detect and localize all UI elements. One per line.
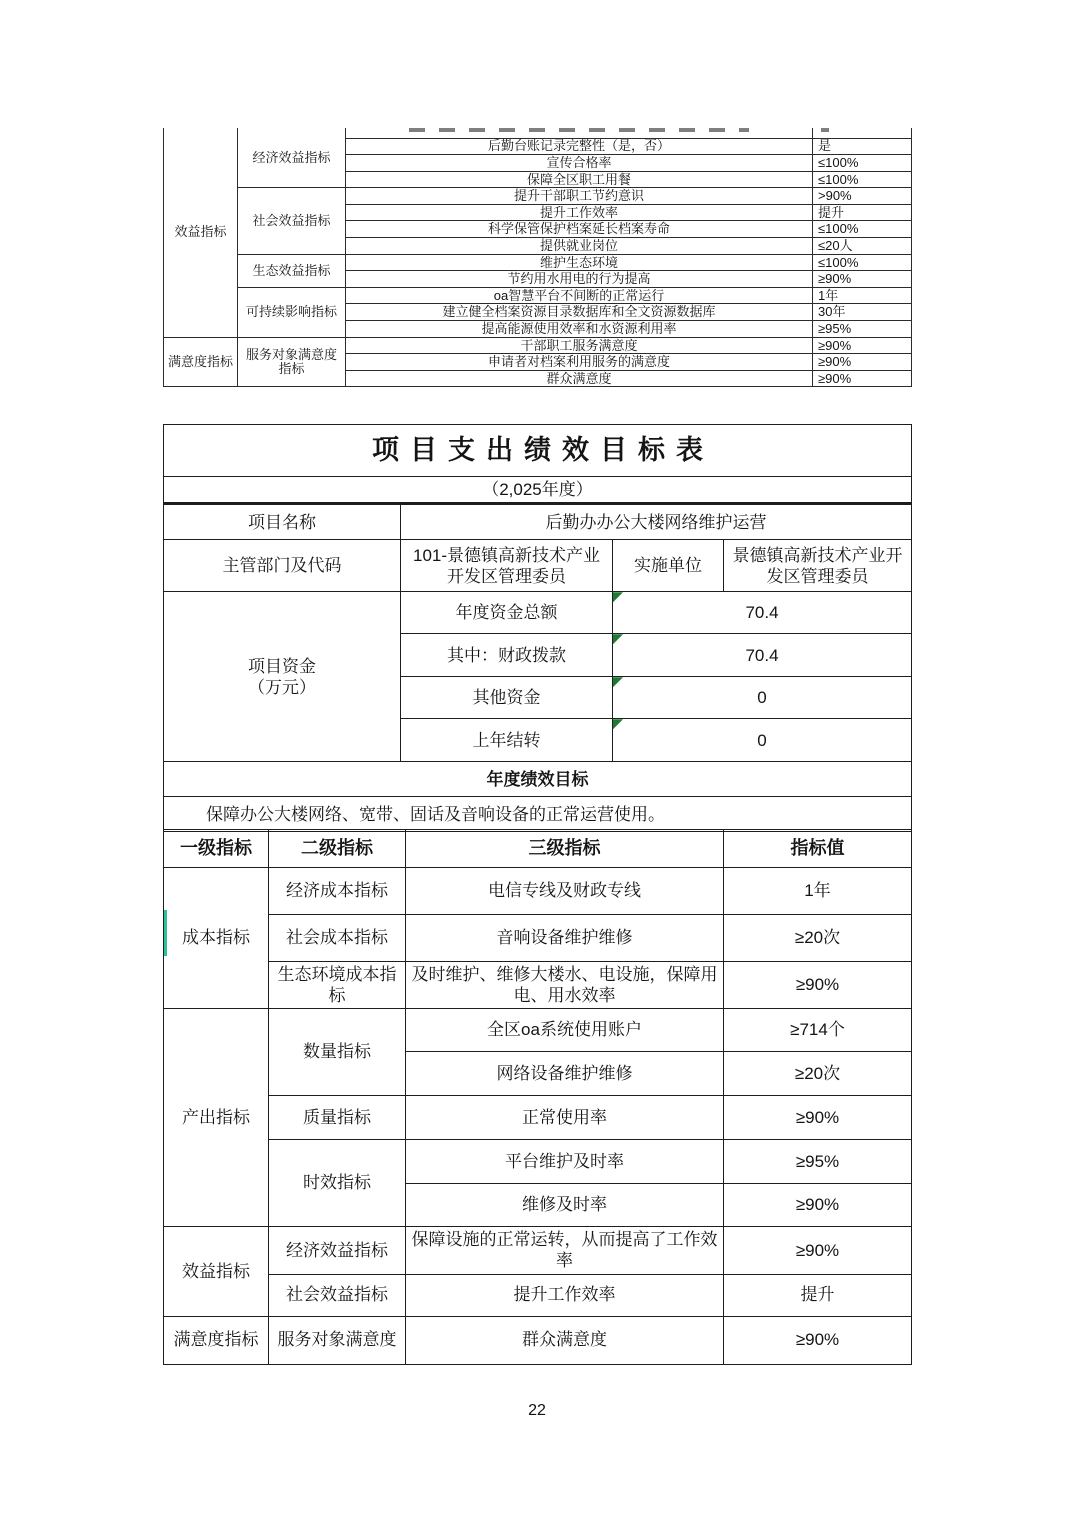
value-cell: ≥714个	[724, 1009, 912, 1052]
level3-cell: 正常使用率	[406, 1096, 724, 1140]
level3-cell: 维修及时率	[406, 1184, 724, 1227]
value-cell: ≥95%	[813, 321, 912, 338]
cell-flag-triangle-icon	[613, 719, 623, 729]
level2-cell: 经济成本指标	[269, 867, 406, 914]
impl-unit-value: 景德镇高新技术产业开发区管理委员	[724, 540, 912, 592]
level2-cell: 社会成本指标	[269, 914, 406, 961]
table-row: 项目支出绩效目标表	[164, 425, 912, 477]
cell-flag-triangle-icon	[613, 634, 623, 644]
project-name-value: 后勤办办公大楼网络维护运营	[401, 504, 912, 540]
indicator-cell: 节约用水用电的行为提高	[346, 271, 813, 288]
indicator-cell: 提供就业岗位	[346, 238, 813, 255]
table-row: 保障办公大楼网络、宽带、固话及音响设备的正常运营使用。	[164, 797, 912, 832]
level1-cell: 满意度指标	[164, 337, 238, 387]
table-row: 产出指标 数量指标 全区oa系统使用账户 ≥714个	[164, 1009, 912, 1052]
value-cell: ≤20人	[813, 238, 912, 255]
level2-cell: 经济效益指标	[238, 128, 346, 188]
fund-row-value: 0	[613, 719, 912, 762]
value-cell: ≥90%	[724, 1184, 912, 1227]
annual-goal-text: 保障办公大楼网络、宽带、固话及音响设备的正常运营使用。	[164, 797, 912, 832]
fund-row-value: 0	[613, 677, 912, 719]
table-row: 社会成本指标 音响设备维护维修 ≥20次	[164, 914, 912, 961]
value-cell: 1年	[813, 287, 912, 304]
fund-row-label: 年度资金总额	[401, 592, 613, 634]
fund-label-line1: 项目资金	[168, 656, 396, 677]
fund-amount: 0	[757, 688, 766, 707]
value-cell: ≤100%	[813, 155, 912, 172]
value-cell: ≥90%	[724, 1227, 912, 1275]
indicator-cell: 提升干部职工节约意识	[346, 188, 813, 205]
table-row: 质量指标 正常使用率 ≥90%	[164, 1096, 912, 1140]
table-row: （2,025年度）	[164, 477, 912, 504]
project-name-label: 项目名称	[164, 504, 401, 540]
level2-cell: 服务对象满意度指标	[238, 337, 346, 387]
value-cell: ≥20次	[724, 1052, 912, 1096]
header-value: 指标值	[724, 829, 912, 867]
level2-cell: 时效指标	[269, 1140, 406, 1227]
fund-row-label: 其中：财政拨款	[401, 634, 613, 677]
indicator-cell: 提高能源使用效率和水资源利用率	[346, 321, 813, 338]
indicator-cell: 干部职工服务满意度	[346, 337, 813, 354]
header-level2: 二级指标	[269, 829, 406, 867]
header-level3: 三级指标	[406, 829, 724, 867]
dept-label: 主管部门及代码	[164, 540, 401, 592]
value-cell: 1年	[724, 867, 912, 914]
value-cell: ≤100%	[813, 254, 912, 271]
level3-cell: 网络设备维护维修	[406, 1052, 724, 1096]
value-cell: ≥90%	[813, 354, 912, 371]
level2-cell: 社会效益指标	[238, 188, 346, 254]
indicator-cell: 维护生态环境	[346, 254, 813, 271]
header-level1: 一级指标	[164, 829, 269, 867]
clipped-row-remnant	[813, 128, 912, 138]
performance-target-table-indicators: 一级指标 二级指标 三级指标 指标值 成本指标 经济成本指标 电信专线及财政专线…	[163, 829, 912, 1365]
indicator-cell: 后勤台账记录完整性（是，否）	[346, 138, 813, 155]
fund-amount: 70.4	[745, 603, 778, 622]
value-cell: ≥90%	[813, 337, 912, 354]
level1-cell-cost: 成本指标	[164, 867, 269, 1009]
level2-cell: 服务对象满意度	[269, 1316, 406, 1364]
fund-row-value: 70.4	[613, 592, 912, 634]
indicator-cell: 建立健全档案资源目录数据库和全文资源数据库	[346, 304, 813, 321]
level2-cell: 生态效益指标	[238, 254, 346, 287]
table-row: 成本指标 经济成本指标 电信专线及财政专线 1年	[164, 867, 912, 914]
table-row: 生态效益指标 维护生态环境≤100%	[164, 254, 912, 271]
level2-cell: 经济效益指标	[269, 1227, 406, 1275]
level3-cell: 电信专线及财政专线	[406, 867, 724, 914]
value-cell: >90%	[813, 188, 912, 205]
value-cell: ≤100%	[813, 221, 912, 238]
level3-cell: 平台维护及时率	[406, 1140, 724, 1184]
value-cell: 提升	[724, 1274, 912, 1316]
fund-amount: 0	[757, 731, 766, 750]
level3-cell: 及时维护、维修大楼水、电设施，保障用电、用水效率	[406, 961, 724, 1009]
indicator-cell: 提升工作效率	[346, 204, 813, 221]
value-cell: 提升	[813, 204, 912, 221]
impl-unit-label: 实施单位	[613, 540, 724, 592]
fund-amount: 70.4	[745, 646, 778, 665]
table-row: 效益指标 经济效益指标 保障设施的正常运转，从而提高了工作效率 ≥90%	[164, 1227, 912, 1275]
level3-cell: 音响设备维护维修	[406, 914, 724, 961]
table-title: 项目支出绩效目标表	[164, 425, 912, 477]
value-cell: ≥90%	[724, 1096, 912, 1140]
level3-cell: 保障设施的正常运转，从而提高了工作效率	[406, 1227, 724, 1275]
selection-accent-bar	[164, 910, 168, 956]
dept-value: 101-景德镇高新技术产业开发区管理委员	[401, 540, 613, 592]
benefit-indicator-table: 效益指标 经济效益指标 后勤台账记录完整性（是，否）是 宣传合格率≤100% 保…	[163, 128, 912, 387]
level2-cell: 质量指标	[269, 1096, 406, 1140]
value-cell: ≥20次	[724, 914, 912, 961]
value-cell: ≥90%	[724, 1316, 912, 1364]
level1-cell-satisfaction: 满意度指标	[164, 1316, 269, 1364]
fund-row-value: 70.4	[613, 634, 912, 677]
indicator-cell: 保障全区职工用餐	[346, 171, 813, 188]
table-row: 效益指标 经济效益指标	[164, 128, 912, 138]
value-cell: 30年	[813, 304, 912, 321]
document-page: { "page_number": "22", "colors": { "flag…	[0, 0, 1074, 1520]
fund-row-label: 其他资金	[401, 677, 613, 719]
table-row: 项目名称 后勤办办公大楼网络维护运营	[164, 504, 912, 540]
indicator-cell: 申请者对档案利用服务的满意度	[346, 354, 813, 371]
table-subtitle-year: （2,025年度）	[164, 477, 912, 504]
level3-cell: 群众满意度	[406, 1316, 724, 1364]
level2-cell: 生态环境成本指标	[269, 961, 406, 1009]
value-cell: 是	[813, 138, 912, 155]
level2-cell: 社会效益指标	[269, 1274, 406, 1316]
level1-cell-output: 产出指标	[164, 1009, 269, 1227]
cell-flag-triangle-icon	[613, 677, 623, 687]
table-row: 生态环境成本指标 及时维护、维修大楼水、电设施，保障用电、用水效率 ≥90%	[164, 961, 912, 1009]
clipped-row-remnant	[346, 128, 813, 138]
table-row: 时效指标 平台维护及时率 ≥95%	[164, 1140, 912, 1184]
fund-row-label: 上年结转	[401, 719, 613, 762]
table-row: 年度绩效目标	[164, 762, 912, 797]
value-cell: ≥90%	[724, 961, 912, 1009]
table-row: 满意度指标 服务对象满意度 群众满意度 ≥90%	[164, 1316, 912, 1364]
level2-cell: 可持续影响指标	[238, 287, 346, 337]
table-header-row: 一级指标 二级指标 三级指标 指标值	[164, 829, 912, 867]
annual-goal-header: 年度绩效目标	[164, 762, 912, 797]
level3-cell: 全区oa系统使用账户	[406, 1009, 724, 1052]
fund-label: 项目资金 （万元）	[164, 592, 401, 762]
indicator-cell: 宣传合格率	[346, 155, 813, 172]
value-cell: ≥90%	[813, 271, 912, 288]
table-row: 社会效益指标 提升干部职工节约意识>90%	[164, 188, 912, 205]
page-number: 22	[0, 1402, 1074, 1420]
indicator-cell: oa智慧平台不间断的正常运行	[346, 287, 813, 304]
table-row: 项目资金 （万元） 年度资金总额 70.4	[164, 592, 912, 634]
value-cell: ≥90%	[813, 370, 912, 387]
table-row: 可持续影响指标 oa智慧平台不间断的正常运行1年	[164, 287, 912, 304]
indicator-cell: 群众满意度	[346, 370, 813, 387]
cell-flag-triangle-icon	[613, 592, 623, 602]
table-row: 社会效益指标 提升工作效率 提升	[164, 1274, 912, 1316]
indicator-cell: 科学保管保护档案延长档案寿命	[346, 221, 813, 238]
value-cell: ≥95%	[724, 1140, 912, 1184]
performance-target-table-info: 项目支出绩效目标表 （2,025年度） 项目名称 后勤办办公大楼网络维护运营 主…	[163, 424, 912, 832]
level1-label: 成本指标	[182, 928, 250, 947]
fund-label-line2: （万元）	[168, 677, 396, 698]
level1-cell-benefit: 效益指标	[164, 1227, 269, 1317]
value-cell: ≤100%	[813, 171, 912, 188]
table-row: 主管部门及代码 101-景德镇高新技术产业开发区管理委员 实施单位 景德镇高新技…	[164, 540, 912, 592]
level2-cell: 数量指标	[269, 1009, 406, 1096]
level3-cell: 提升工作效率	[406, 1274, 724, 1316]
level1-cell: 效益指标	[164, 128, 238, 337]
table-row: 满意度指标 服务对象满意度指标 干部职工服务满意度≥90%	[164, 337, 912, 354]
